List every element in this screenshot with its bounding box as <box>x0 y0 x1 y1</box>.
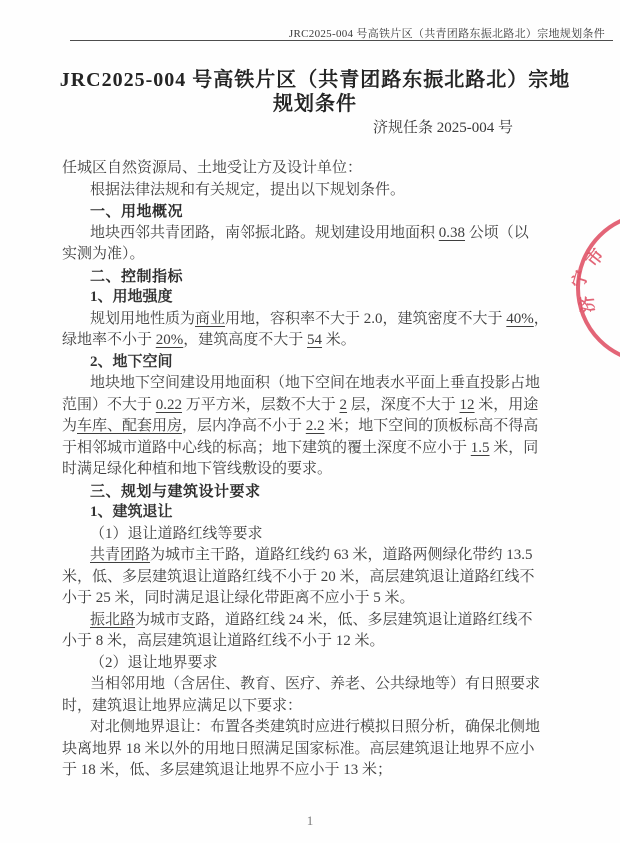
text-segment: ，建筑高度不大于 <box>183 332 307 348</box>
text-segment: 米。 <box>322 332 356 348</box>
doc-line: 三、规划与建筑设计要求 <box>62 481 562 503</box>
doc-line: 小于 25 米，同时满足退让绿化带距离不应小于 5 米。 <box>62 588 562 610</box>
text-segment: （2）退让地界要求 <box>90 655 218 671</box>
doc-line: 地块地下空间建设用地面积（地下空间在地表水平面上垂直投影占地 <box>62 373 562 395</box>
underlined-value: 1.5 <box>471 440 490 456</box>
text-segment: 任城区自然资源局、土地受让方及设计单位： <box>62 160 362 176</box>
doc-line: 共青团路为城市主干路，道路红线约 63 米，道路两侧绿化带约 13.5 <box>62 545 562 567</box>
text-segment: 当相邻用地（含居住、教育、医疗、养老、公共绿地等）有日照要求 <box>90 676 540 692</box>
doc-line: 规划用地性质为商业用地，容积率不大于 2.0，建筑密度不大于 40%， <box>62 309 562 331</box>
text-segment: 地块地下空间建设用地面积（地下空间在地表水平面上垂直投影占地 <box>90 375 540 391</box>
text-segment: 1、建筑退让 <box>90 504 173 520</box>
running-header-text: JRC2025-004 号高铁片区（共青团路东振北路北）宗地规划条件 <box>289 28 605 40</box>
text-segment: 实测为准）。 <box>62 246 145 262</box>
text-segment: 时，建筑退让地界应满足以下要求： <box>62 698 302 714</box>
doc-line: 绿地率不小于 20%，建筑高度不大于 54 米。 <box>62 330 562 352</box>
doc-line: 二、控制指标 <box>62 266 562 288</box>
doc-line: 1、用地强度 <box>62 287 562 309</box>
doc-line: 于 18 米，低、多层建筑退让地界不应小于 13 米； <box>62 760 562 782</box>
text-segment: ， <box>534 311 549 327</box>
underlined-value: 0.22 <box>156 397 182 413</box>
document-page: JRC2025-004 号高铁片区（共青团路东振北路北）宗地规划条件 JRC20… <box>0 0 620 843</box>
underlined-value: 20% <box>156 332 184 348</box>
text-segment: 2、地下空间 <box>90 354 173 370</box>
title-line-1: JRC2025-004 号高铁片区（共青团路东振北路北）宗地 <box>50 68 580 92</box>
doc-line: 范围）不大于 0.22 万平方米，层数不大于 2 层，深度不大于 12 米，用途 <box>62 395 562 417</box>
underlined-value: 12 <box>460 397 475 413</box>
underlined-value: 车库、配套用房 <box>77 418 182 434</box>
document-body: 任城区自然资源局、土地受让方及设计单位：根据法律法规和有关规定，提出以下规划条件… <box>62 158 562 782</box>
doc-line: 对北侧地界退让：布置各类建筑时应进行模拟日照分析，确保北侧地 <box>62 717 562 739</box>
doc-line: （1）退让道路红线等要求 <box>62 524 562 546</box>
running-header: JRC2025-004 号高铁片区（共青团路东振北路北）宗地规划条件 <box>0 25 605 41</box>
text-segment: ，层内净高不小于 <box>182 418 306 434</box>
text-segment: 小于 8 米，高层建筑退让道路红线不小于 12 米。 <box>62 633 385 649</box>
text-segment: 为城市主干路，道路红线约 63 米，道路两侧绿化带约 13.5 <box>150 547 533 563</box>
text-segment: 为 <box>62 418 77 434</box>
doc-line: 实测为准）。 <box>62 244 562 266</box>
underlined-value: 共青团路 <box>90 547 150 563</box>
text-segment: 公顷（以 <box>465 225 529 241</box>
doc-line: 块离地界 18 米以外的用地日照满足国家标准。高层建筑退让地界不应小 <box>62 739 562 761</box>
text-segment: 范围）不大于 <box>62 397 156 413</box>
text-segment: 于相邻城市道路中心线的标高；地下建筑的覆土深度不应小于 <box>62 440 471 456</box>
text-segment: 万平方米，层数不大于 <box>182 397 340 413</box>
text-segment: 根据法律法规和有关规定，提出以下规划条件。 <box>90 182 405 198</box>
text-segment: 为城市支路，道路红线 24 米，低、多层建筑退让道路红线不 <box>135 612 533 628</box>
text-segment: 米，低、多层建筑退让道路红线不小于 20 米，高层建筑退让道路红线不 <box>62 569 535 585</box>
text-segment: 一、用地概况 <box>90 203 183 220</box>
text-segment: 米；地下空间的顶板标高不得高 <box>325 418 539 434</box>
text-segment: 层，深度不大于 <box>347 397 460 413</box>
doc-line: 1、建筑退让 <box>62 502 562 524</box>
doc-line: 小于 8 米，高层建筑退让道路红线不小于 12 米。 <box>62 631 562 653</box>
underlined-value: 2 <box>340 397 348 413</box>
doc-line: 振北路为城市支路，道路红线 24 米，低、多层建筑退让道路红线不 <box>62 610 562 632</box>
doc-line: 时，建筑退让地界应满足以下要求： <box>62 696 562 718</box>
text-segment: 米，同 <box>490 440 539 456</box>
doc-line: 根据法律法规和有关规定，提出以下规划条件。 <box>62 180 562 202</box>
doc-line: 于相邻城市道路中心线的标高；地下建筑的覆土深度不应小于 1.5 米，同 <box>62 438 562 460</box>
text-segment: 于 18 米，低、多层建筑退让地界不应小于 13 米； <box>62 762 392 778</box>
text-segment: （1）退让道路红线等要求 <box>90 526 263 542</box>
underlined-value: 振北路 <box>90 612 135 628</box>
text-segment: 用地，容积率不大于 2.0，建筑密度不大于 <box>225 311 506 327</box>
page-number: 1 <box>0 813 620 829</box>
doc-line: （2）退让地界要求 <box>62 653 562 675</box>
text-segment: 地块西邻共青团路，南邻振北路。规划建设用地面积 <box>90 225 439 241</box>
text-segment: 绿地率不小于 <box>62 332 156 348</box>
doc-line: 时满足绿化种植和地下管线敷设的要求。 <box>62 459 562 481</box>
text-segment: 对北侧地界退让：布置各类建筑时应进行模拟日照分析，确保北侧地 <box>90 719 540 735</box>
seal-char: 济 <box>572 295 599 315</box>
underlined-value: 2.2 <box>306 418 325 434</box>
doc-line: 2、地下空间 <box>62 352 562 374</box>
document-number: 济规任条 2025-004 号 <box>0 116 513 137</box>
doc-line: 任城区自然资源局、土地受让方及设计单位： <box>62 158 562 180</box>
underlined-value: 0.38 <box>439 225 465 241</box>
doc-line: 当相邻用地（含居住、教育、医疗、养老、公共绿地等）有日照要求 <box>62 674 562 696</box>
underlined-value: 40% <box>506 311 534 327</box>
underlined-value: 54 <box>307 332 322 348</box>
text-segment: 块离地界 18 米以外的用地日照满足国家标准。高层建筑退让地界不应小 <box>62 741 535 757</box>
underlined-value: 商业 <box>195 311 225 327</box>
doc-line: 为车库、配套用房，层内净高不小于 2.2 米；地下空间的顶板标高不得高 <box>62 416 562 438</box>
text-segment: 1、用地强度 <box>90 289 173 305</box>
doc-line: 米，低、多层建筑退让道路红线不小于 20 米，高层建筑退让道路红线不 <box>62 567 562 589</box>
text-segment: 时满足绿化种植和地下管线敷设的要求。 <box>62 461 332 477</box>
text-segment: 小于 25 米，同时满足退让绿化带距离不应小于 5 米。 <box>62 590 415 606</box>
doc-line: 地块西邻共青团路，南邻振北路。规划建设用地面积 0.38 公顷（以 <box>62 223 562 245</box>
text-segment: 规划用地性质为 <box>90 311 195 327</box>
header-rule <box>70 40 613 41</box>
text-segment: 二、控制指标 <box>90 268 183 285</box>
text-segment: 三、规划与建筑设计要求 <box>90 483 261 500</box>
text-segment: 米，用途 <box>475 397 539 413</box>
title-line-2: 规划条件 <box>50 92 580 116</box>
doc-line: 一、用地概况 <box>62 201 562 223</box>
document-title: JRC2025-004 号高铁片区（共青团路东振北路北）宗地 规划条件 <box>50 68 580 116</box>
